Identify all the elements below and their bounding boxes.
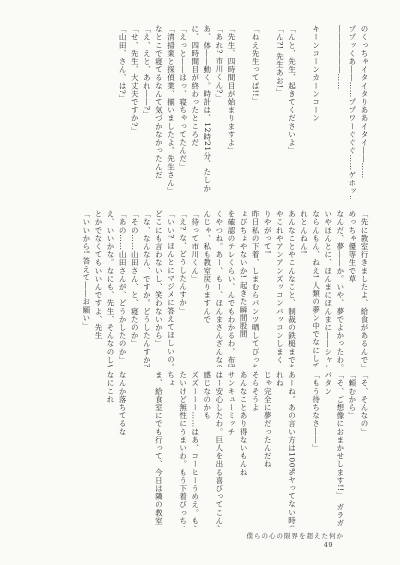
text-line: 「先に教室行きましたよ、給食があるんで」 [358, 210, 370, 367]
text-line: はー安心したわ。巨人を出る喜びってこんな [213, 371, 225, 527]
text-line: を確認のテレくらい、んでもわかるわ、布団でい [225, 210, 237, 367]
text-line: あ、体――動く。時計は、12時21分、たしか [201, 25, 213, 199]
text-line: あーね。あの言い方は100%ヤってない時のあ [285, 371, 297, 527]
text-line: 「あの……山田さんが、どうかしたのか」 [116, 210, 128, 367]
text-line: いやほんとに、ほんまにほんまに――シャレに [322, 210, 334, 367]
text-line: なんか落ちてるな [116, 371, 128, 527]
text-line: ま、給食室にでも行って、今日は隣の教室 [152, 371, 164, 527]
text-line [261, 25, 273, 199]
text-line: 「そ、ご想像におまかせします!!」 ガラガラ [334, 371, 346, 527]
text-line: くやつね。あー、もー、ほんまさんざんなのよ [213, 210, 225, 367]
text-line: 「頼むから」 [346, 371, 358, 527]
text-line: 「ねえ先生ってば!!」 [249, 25, 261, 199]
text-line: ちょ [164, 371, 176, 527]
text-line: 感じなのかも [201, 371, 213, 527]
text-line: に、四時間目が終わったところだ [189, 25, 201, 199]
text-line: めっちゃ優等生で草 [346, 210, 358, 367]
page-number: 49 [324, 541, 333, 549]
text-line: じゃ完全に夢だったんだね [261, 371, 273, 527]
text-line: とかでなくてもいいんですよ、先生 [92, 210, 104, 367]
text-line: そらそうよ [249, 371, 261, 527]
text-line: 「いいから! 答えて――お願い」 [80, 210, 92, 367]
text-line: 「待って市川くん」 [189, 210, 201, 367]
text-line: 昨日私の下着、しまむらパンツ晒してびっち [249, 210, 261, 367]
text-line: たいけど無性にうまいわ。もう下着びっちょび [177, 371, 189, 527]
text-line: 「せ、先生、大丈夫ですか?」 [128, 25, 140, 199]
text-tier-bottom: 「そ、そんなの」「頼むから」「そ、ご想像におまかせします!!」 ガラガラバタン「… [52, 371, 370, 527]
text-line: 「その……山田さん、と、寝たのか」 [128, 210, 140, 367]
text-line: 「え、えと、あれ――?」 [140, 25, 152, 199]
text-tier-top: のくっちゃイタイタりああイタイ――……ププッくあ――……ププワーぐぐぐ……ゲホッ… [52, 25, 370, 199]
text-line: 「んと、先生、起きてくださいよ」 [285, 25, 297, 199]
text-line [297, 25, 309, 199]
text-line: れね [273, 371, 285, 527]
text-line: 「先生、四時間目が始まりますよ」 [225, 25, 237, 199]
text-line [128, 371, 140, 527]
text-line: なんだ、夢――か。いや、夢でよかったわ。 [334, 210, 346, 367]
text-line: あんなことやこんなこと、制裁の鉄槌まであれ [285, 210, 297, 367]
text-line: なにこれ [104, 371, 116, 527]
text-line [297, 371, 309, 527]
text-line: ょびちょやないか! 起きた瞬間股間 [237, 210, 249, 367]
text-line: なとこで寝てるなんて気づかなかったんだ [152, 25, 164, 199]
text-line [140, 371, 152, 527]
text-line: 「ん?! 先生あお!」 [273, 25, 285, 199]
text-line: 「もう待ちなさ――」 [310, 371, 322, 527]
text-line: ならんもん、ねえ! 人類の夢ン中でなにしてく [310, 210, 322, 367]
text-line: ズズーーー……はあ、コーヒーうめえ。もう冷 [189, 371, 201, 527]
text-line: バタン [322, 371, 334, 527]
text-line: どこにも言わないし、笑わないから」 [152, 210, 164, 367]
text-line: のくっちゃイタイタりああイタイ――…… [358, 25, 370, 199]
text-line: ププッくあ――……ププワーぐぐぐ……ゲホッ……!!! [346, 25, 358, 199]
text-line: ――――――…… [334, 25, 346, 199]
text-line: れとんねん! [297, 210, 309, 367]
text-line: 「えっと――はっ、寝ちゃってたんだ」 [177, 25, 189, 199]
text-line: やこれやアンアンズッコンバッコンしまく [273, 210, 285, 367]
text-line [322, 25, 334, 199]
text-line: あんなことあり得ないもんね [237, 371, 249, 527]
text-line: 「え? な、どうしたんすか」 [177, 210, 189, 367]
book-page: のくっちゃイタイタりああイタイ――……ププッくあ――……ププワーぐぐぐ……ゲホッ… [0, 0, 400, 565]
text-line: サンキューミッチ [225, 371, 237, 527]
text-line: んじゃ、私も教室戻りますんで [201, 210, 213, 367]
text-line [237, 25, 249, 199]
text-line: 「そ、そんなの」 [358, 371, 370, 527]
text-line: 「清掃業と探偵業、揃いましたよ。先生さん」 [164, 25, 176, 199]
text-line: 「あれ? 市川くん?」 [213, 25, 225, 199]
text-line: キーンコーンカーンコーン [310, 25, 322, 199]
footer-chapter-title: 僕らの心の限界を超えた何か [247, 531, 345, 540]
text-line: りやがって! [261, 210, 273, 367]
text-line: 「山田、さん、は?」 [116, 25, 128, 199]
text-line: 「いい? ほんとにマジメに答えてほしいの。 [164, 210, 176, 367]
text-line: 「な、なんなん、ですか。どうしたんすか?」 [140, 210, 152, 367]
text-tier-middle: 「先に教室行きましたよ、給食があるんで」めっちゃ優等生で草なんだ、夢――か。いや… [52, 210, 370, 367]
text-line: え、いいかな。なにも、先生、そんなのしても [104, 210, 116, 367]
